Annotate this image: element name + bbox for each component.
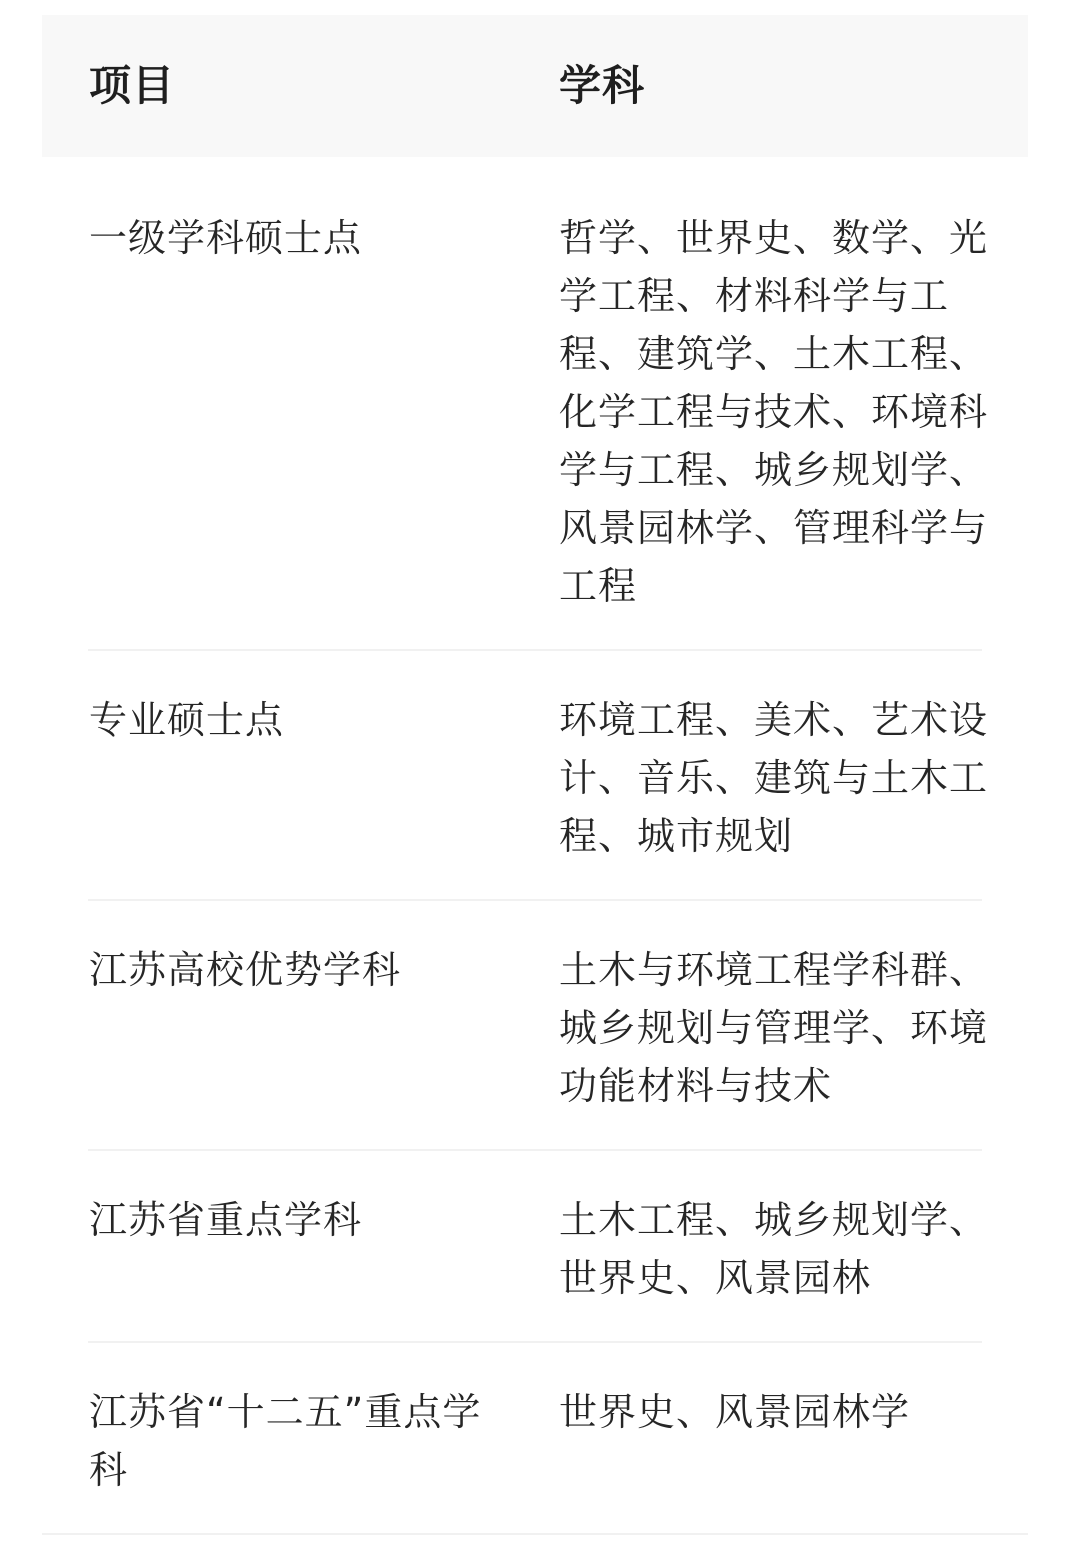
table-row: 江苏省“十二五”重点学科 世界史、风景园林学	[42, 1343, 1028, 1535]
row-subjects: 世界史、风景园林学	[559, 1383, 1011, 1499]
row-item: 江苏省重点学科	[89, 1191, 499, 1249]
row-item: 江苏高校优势学科	[89, 941, 499, 999]
table-row: 江苏高校优势学科 土木与环境工程学科群、城乡规划与管理学、环境功能材料与技术	[42, 901, 1028, 1151]
header-item: 项目	[89, 15, 175, 157]
row-item: 一级学科硕士点	[89, 209, 499, 267]
row-subjects: 土木工程、城乡规划学、世界史、风景园林	[559, 1191, 1011, 1307]
row-divider	[42, 1533, 1028, 1535]
table-row: 一级学科硕士点 哲学、世界史、数学、光学工程、材料科学与工程、建筑学、土木工程、…	[42, 157, 1028, 651]
table-row: 江苏省重点学科 土木工程、城乡规划学、世界史、风景园林	[42, 1151, 1028, 1343]
row-item: 专业硕士点	[89, 691, 499, 749]
header-subjects: 学科	[559, 15, 645, 157]
table-row: 专业硕士点 环境工程、美术、艺术设计、音乐、建筑与土木工程、城市规划	[42, 651, 1028, 901]
row-subjects: 环境工程、美术、艺术设计、音乐、建筑与土木工程、城市规划	[559, 691, 1011, 865]
table-header: 项目 学科	[42, 15, 1028, 157]
row-item: 江苏省“十二五”重点学科	[89, 1383, 499, 1499]
discipline-table: 项目 学科 一级学科硕士点 哲学、世界史、数学、光学工程、材料科学与工程、建筑学…	[42, 15, 1028, 1535]
row-subjects: 哲学、世界史、数学、光学工程、材料科学与工程、建筑学、土木工程、化学工程与技术、…	[559, 209, 1011, 615]
table-body: 一级学科硕士点 哲学、世界史、数学、光学工程、材料科学与工程、建筑学、土木工程、…	[42, 157, 1028, 1535]
row-subjects: 土木与环境工程学科群、城乡规划与管理学、环境功能材料与技术	[559, 941, 1011, 1115]
